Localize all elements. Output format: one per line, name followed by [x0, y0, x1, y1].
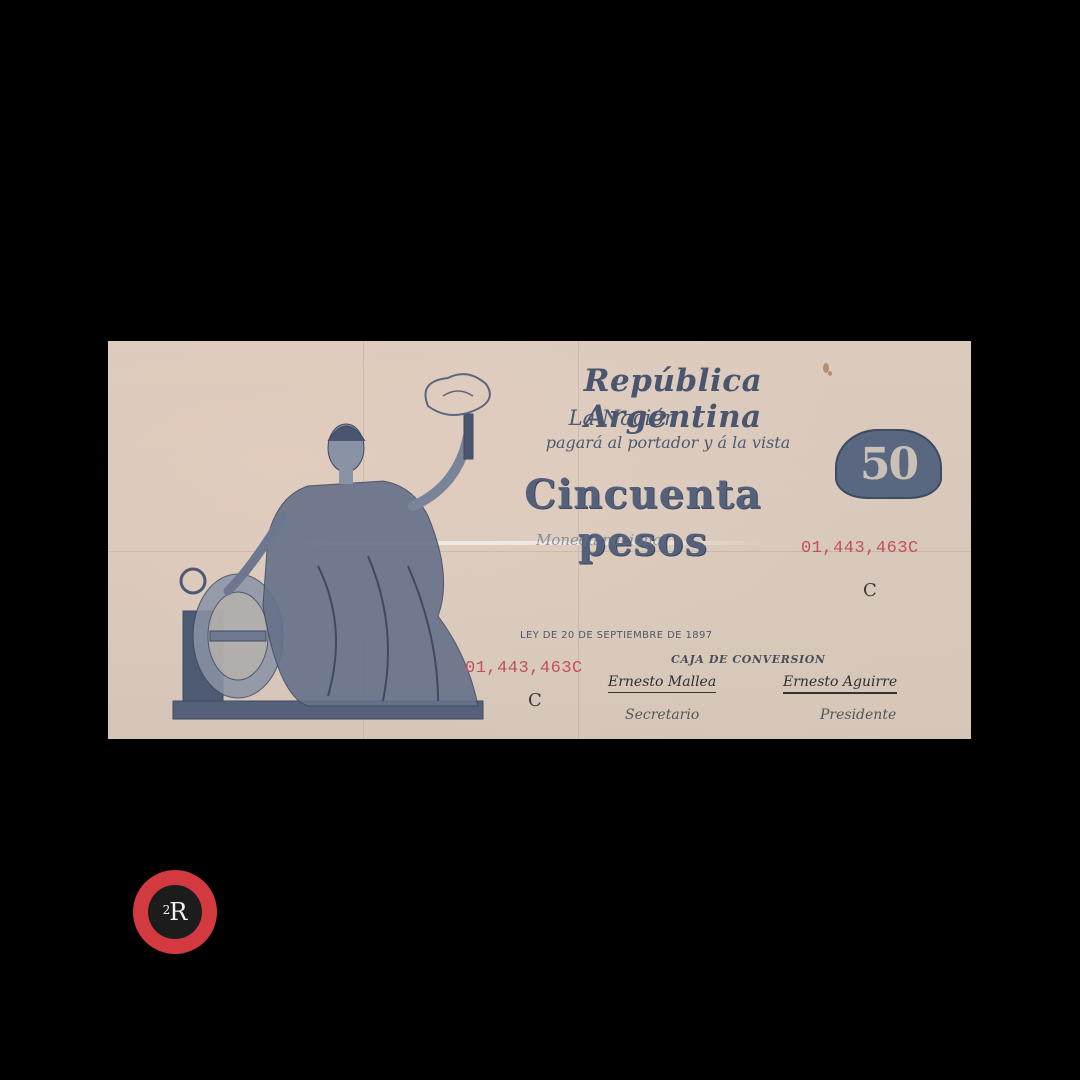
logo-letter: R [169, 898, 187, 926]
serial-number: 01,443,463C [801, 539, 919, 558]
currency-label: Moneda nacional [536, 531, 736, 549]
series-letter: C [863, 580, 877, 601]
allegorical-figure-illustration [168, 366, 498, 726]
payment-promise: pagará al portador y á la vista [503, 433, 833, 452]
role-president: Presidente [820, 707, 896, 723]
logo-superscript: 2 [163, 903, 171, 917]
denomination-badge: 50 [835, 429, 942, 499]
logo-center: 2R [148, 885, 202, 939]
watermark-logo: 2R [133, 870, 217, 954]
series-letter: C [528, 690, 542, 711]
issuer-label: CAJA DE CONVERSION [671, 653, 826, 666]
banknote: República Argentina La Nación pagará al … [108, 341, 971, 739]
nation-subtitle: La Nación [538, 406, 708, 430]
denomination-text: Cincuenta pesos [463, 471, 823, 565]
denomination-numeral: 50 [860, 439, 917, 490]
signature-president: Ernesto Aguirre [783, 674, 897, 694]
signature-secretary: Ernesto Mallea [608, 674, 716, 693]
serial-number: 01,443,463C [465, 659, 583, 678]
role-secretary: Secretario [625, 707, 699, 723]
law-text: LEY DE 20 DE SEPTIEMBRE DE 1897 [520, 630, 713, 641]
